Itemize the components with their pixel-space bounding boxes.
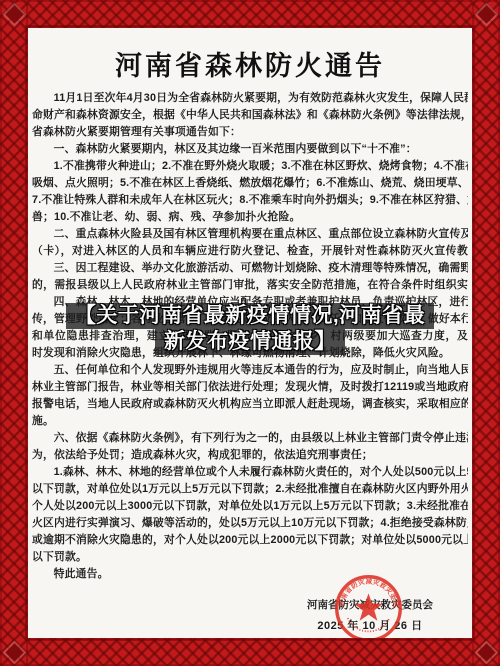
body-line: 以下罚款，对单位处以1万元以上5万元以下罚款；2.未经批准擅自在森林防火区内野外… [32,481,468,498]
frame-corner-motif [472,638,500,666]
frame-right-border [472,0,500,666]
body-line: 1.森林、林木、林地的经营单位或个人未履行森林防火责任的，对个人处以500元以上… [32,464,468,481]
body-line: 个人处以200元以上3000元以下罚款，对单位处以1万元以上5万元以下罚款；3.… [32,498,468,515]
body-line: 以下罚款。 [32,549,468,566]
body-line: 一、森林防火紧要期内，林区及其边缘一百米范围内要做到以下“十不准”： [32,141,468,158]
body-line: 为，依法给予处罚；造成森林火灾，构成犯罪的，依法追究刑事责任； [32,447,468,464]
overlay-caption-line1: 【关于河南省最新疫情情况,河南省最 [66,303,434,329]
body-line: 命财产和森林资源安全，根据《中华人民共和国森林法》和《森林防火条例》等法律法规，… [32,107,468,124]
body-line: 报警电话，当地人民政府或森林防灭火机构应当立即派人赶赴现场，调查核实，采取相应的… [32,396,468,413]
frame-corner-motif [472,0,500,28]
seal-bottom-marks [348,618,389,631]
frame-corner-motif [0,0,28,28]
notice-title: 河南省森林防火通告 [0,44,500,83]
body-line: 吸烟、点火照明；5.不准在林区上香烧纸、燃放烟花爆竹；6.不准炼山、烧荒、烧田埂… [32,175,468,192]
official-seal: 河南省防灾减灾救灾委员会 [334,574,403,643]
body-line: 的，需报县级以上人民政府林业主管部门审批，落实安全防范措施，在符合条件时组织实施… [32,277,468,294]
body-line: 施。 [32,413,468,430]
notice-page: 河南省森林防火通告 11月1日至次年4月30日为全省森林防火紧要期，为有效防范森… [0,0,500,666]
frame-top-border [0,0,500,28]
body-line: 五、任何单位和个人发现野外违规用火等违反本通告的行为，应及时制止，向当地人民政府… [32,362,468,379]
body-line: 林业主管部门报告，林业等相关部门依法进行处理；发现火情，及时拨打12119或当地… [32,379,468,396]
frame-corner-motif [0,638,28,666]
body-line: 7.不准让特殊人群和未成年人在林区玩火；8.不准乘车时向外扔烟头；9.不准在林区… [32,192,468,209]
seal-star-icon [354,593,383,620]
body-line: 省森林防火紧要期管理有关事项通告如下： [32,124,468,141]
frame-left-border [0,0,28,666]
body-line: （卡），对进入林区的人员和车辆应进行防火登记、检查，开展针对性森林防灭火宣传教育… [32,243,468,260]
body-line: 或逾期不消除火灾隐患的，对个人处以200元以上2000元以下罚款；对单位处以50… [32,532,468,549]
body-line: 六、依据《森林防火条例》，有下列行为之一的，由县级以上林业主管部门责令停止违法行 [32,430,468,447]
frame-bottom-border [0,638,500,666]
body-line: 兽；10.不准让老、幼、弱、病、残、孕参加扑火抢险。 [32,209,468,226]
body-line: 11月1日至次年4月30日为全省森林防火紧要期，为有效防范森林火灾发生，保障人民… [32,90,468,107]
body-line: 二、重点森林火险县及国有林区管理机构要在重点林区、重点部位设立森林防火宣传及检查… [32,226,468,243]
overlay-caption: 【关于河南省最新疫情情况,河南省最 新发布疫情通报】 [0,303,500,355]
overlay-caption-line2: 新发布疫情通报】 [155,329,345,355]
body-line: 火区内进行实弹演习、爆破等活动的，处以5万元以上10万元以下罚款；4.拒绝接受森… [32,515,468,532]
body-line: 1.不准携带火种进山；2.不准在野外烧火取暖；3.不准在林区野炊、烧烤食物；4.… [32,158,468,175]
body-line: 三、因工程建设、举办文化旅游活动、可燃物计划烧除、疫木清理等特殊情况，确需野外用… [32,260,468,277]
